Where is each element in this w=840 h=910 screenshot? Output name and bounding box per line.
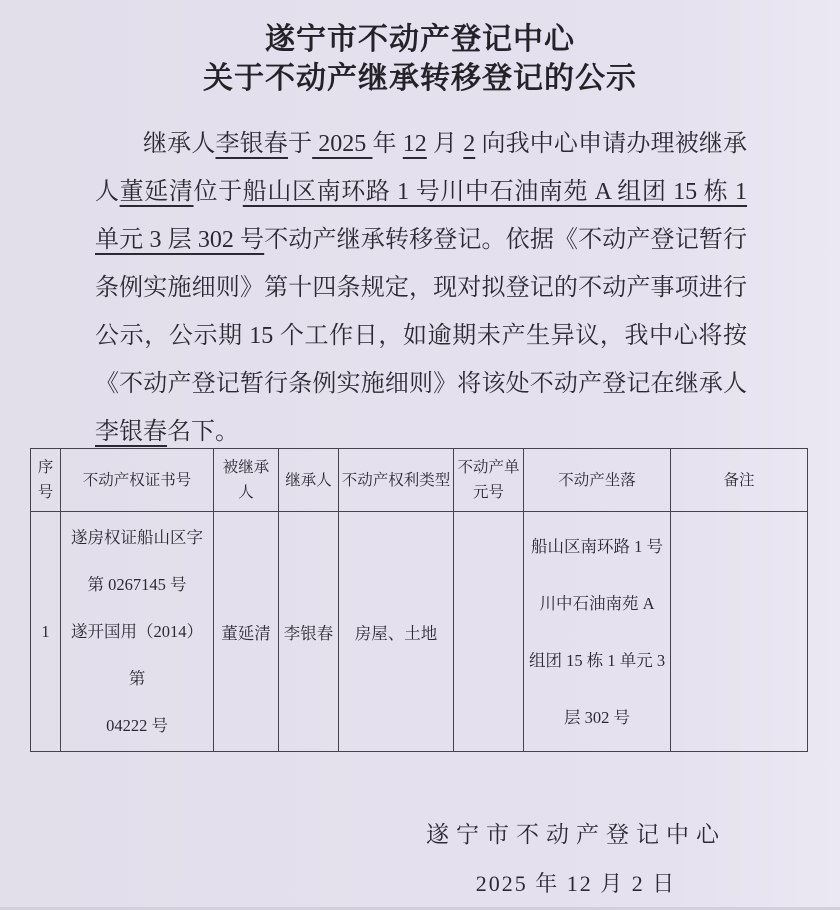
underlined-text: 李银春: [215, 131, 287, 157]
registration-table: 序 号 不动产权证书号 被继承人 继承人 不动产权利类型 不动产单元号 不动产坐…: [30, 448, 808, 752]
header-unit-no: 不动产单元号: [454, 449, 524, 512]
plain-text: 名下。: [167, 419, 239, 445]
cell-right-type: 房屋、土地: [339, 512, 454, 752]
cell-heir: 李银春: [279, 512, 339, 752]
plain-text: 位于: [194, 179, 243, 205]
header-seq-no: 序 号: [31, 449, 61, 512]
cell-seq-no: 1: [31, 512, 61, 752]
cell-remarks: [671, 512, 808, 752]
table-header-row: 序 号 不动产权证书号 被继承人 继承人 不动产权利类型 不动产单元号 不动产坐…: [31, 449, 808, 512]
header-decedent: 被继承人: [214, 449, 279, 512]
signature-org: 遂宁市不动产登记中心: [382, 818, 770, 852]
cell-cert-no: 遂房权证船山区字 第 0267145 号 遂开国用（2014）第 04222 号: [61, 512, 214, 752]
signature-date: 2025 年 12 月 2 日: [382, 867, 770, 898]
table-row: 1 遂房权证船山区字 第 0267145 号 遂开国用（2014）第 04222…: [31, 512, 808, 752]
document-page: 遂宁市不动产登记中心 关于不动产继承转移登记的公示 继承人李银春于 2025 年…: [0, 0, 840, 910]
title-line-1: 遂宁市不动产登记中心: [0, 20, 840, 59]
signature-block: 遂宁市不动产登记中心 2025 年 12 月 2 日: [382, 818, 770, 898]
plain-text: 年: [372, 131, 402, 157]
underlined-text: 2: [463, 131, 475, 157]
cell-decedent: 董延清: [214, 512, 279, 752]
header-cert-no: 不动产权证书号: [61, 449, 214, 512]
cell-location: 船山区南环路 1 号 川中石油南苑 A 组团 15 栋 1 单元 3 层 302…: [524, 512, 671, 752]
plain-text: 于: [288, 131, 312, 157]
header-right-type: 不动产权利类型: [339, 449, 454, 512]
underlined-text: 董延清: [120, 179, 194, 205]
cell-unit-no: [454, 512, 524, 752]
notice-paragraph: 继承人李银春于 2025 年 12 月 2 向我中心申请办理被继承人董延清位于船…: [95, 120, 747, 456]
underlined-text: 12: [403, 131, 427, 157]
header-heir: 继承人: [279, 449, 339, 512]
underlined-text: 2025: [312, 131, 372, 157]
plain-text: 继承人: [143, 131, 215, 157]
title-line-2: 关于不动产继承转移登记的公示: [0, 59, 840, 98]
header-remarks: 备注: [671, 449, 808, 512]
document-title: 遂宁市不动产登记中心 关于不动产继承转移登记的公示: [0, 20, 840, 98]
plain-text: 月: [427, 131, 463, 157]
underlined-text: 李银春: [95, 419, 167, 445]
header-location: 不动产坐落: [524, 449, 671, 512]
